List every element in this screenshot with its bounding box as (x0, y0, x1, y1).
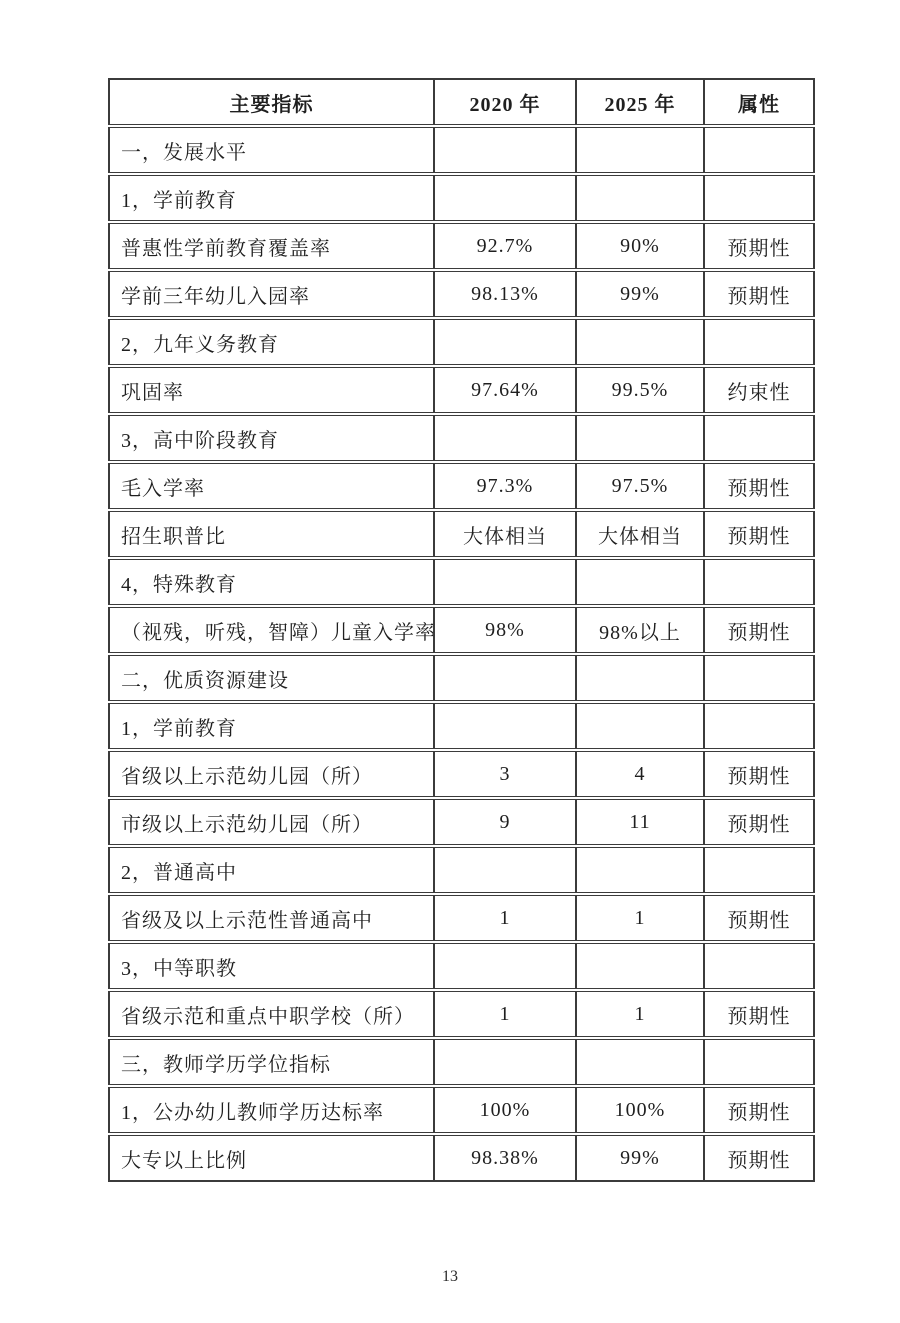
document-page: 主要指标 2020 年 2025 年 属性 一，发展水平1，学前教育普惠性学前教… (0, 0, 900, 1323)
header-row: 主要指标 2020 年 2025 年 属性 (109, 79, 814, 126)
attribute-cell (704, 942, 814, 990)
value-2025-cell (576, 126, 704, 174)
value-2025-cell (576, 558, 704, 606)
value-2025-cell: 99% (576, 270, 704, 318)
value-2025-cell: 99% (576, 1134, 704, 1181)
value-2020-cell (434, 942, 576, 990)
indicator-cell: 毛入学率 (109, 462, 434, 510)
indicator-cell: 1，学前教育 (109, 174, 434, 222)
table-row: 1，学前教育 (109, 702, 814, 750)
value-2025-cell (576, 174, 704, 222)
indicator-cell: 学前三年幼儿入园率 (109, 270, 434, 318)
attribute-cell: 预期性 (704, 1086, 814, 1134)
table-row: 大专以上比例98.38%99%预期性 (109, 1134, 814, 1181)
value-2025-cell (576, 654, 704, 702)
indicator-cell: 省级以上示范幼儿园（所） (109, 750, 434, 798)
indicator-cell: 招生职普比 (109, 510, 434, 558)
attribute-cell (704, 558, 814, 606)
header-2025: 2025 年 (576, 79, 704, 126)
value-2020-cell: 97.64% (434, 366, 576, 414)
attribute-cell (704, 702, 814, 750)
attribute-cell (704, 846, 814, 894)
value-2025-cell (576, 414, 704, 462)
value-2025-cell (576, 1038, 704, 1086)
table-row: 2，普通高中 (109, 846, 814, 894)
value-2025-cell: 90% (576, 222, 704, 270)
indicator-cell: 三，教师学历学位指标 (109, 1038, 434, 1086)
value-2020-cell: 98.13% (434, 270, 576, 318)
header-indicator: 主要指标 (109, 79, 434, 126)
table-header: 主要指标 2020 年 2025 年 属性 (109, 79, 814, 126)
value-2020-cell (434, 702, 576, 750)
indicator-cell: 巩固率 (109, 366, 434, 414)
attribute-cell: 预期性 (704, 510, 814, 558)
table-row: 2，九年义务教育 (109, 318, 814, 366)
table-row: 毛入学率97.3%97.5%预期性 (109, 462, 814, 510)
attribute-cell: 预期性 (704, 270, 814, 318)
attribute-cell (704, 126, 814, 174)
indicator-cell: 二，优质资源建设 (109, 654, 434, 702)
attribute-cell (704, 318, 814, 366)
attribute-cell: 预期性 (704, 462, 814, 510)
value-2025-cell (576, 318, 704, 366)
value-2020-cell: 1 (434, 894, 576, 942)
indicator-cell: 4，特殊教育 (109, 558, 434, 606)
value-2025-cell: 1 (576, 990, 704, 1038)
table-row: 普惠性学前教育覆盖率92.7%90%预期性 (109, 222, 814, 270)
value-2020-cell (434, 318, 576, 366)
table-row: 一，发展水平 (109, 126, 814, 174)
indicator-cell: 3，高中阶段教育 (109, 414, 434, 462)
attribute-cell: 预期性 (704, 894, 814, 942)
value-2020-cell: 97.3% (434, 462, 576, 510)
value-2025-cell: 1 (576, 894, 704, 942)
value-2020-cell: 92.7% (434, 222, 576, 270)
value-2020-cell (434, 846, 576, 894)
table-row: 学前三年幼儿入园率98.13%99%预期性 (109, 270, 814, 318)
table-row: 1，学前教育 (109, 174, 814, 222)
value-2020-cell (434, 1038, 576, 1086)
indicator-cell: 省级示范和重点中职学校（所） (109, 990, 434, 1038)
value-2020-cell: 1 (434, 990, 576, 1038)
indicator-cell: （视残，听残，智障）儿童入学率 (109, 606, 434, 654)
value-2020-cell (434, 558, 576, 606)
value-2025-cell: 11 (576, 798, 704, 846)
value-2020-cell: 100% (434, 1086, 576, 1134)
header-attribute: 属性 (704, 79, 814, 126)
indicator-cell: 2，九年义务教育 (109, 318, 434, 366)
attribute-cell: 预期性 (704, 222, 814, 270)
attribute-cell: 预期性 (704, 798, 814, 846)
attribute-cell: 预期性 (704, 990, 814, 1038)
indicator-cell: 大专以上比例 (109, 1134, 434, 1181)
table-row: 4，特殊教育 (109, 558, 814, 606)
table-row: 省级示范和重点中职学校（所）11预期性 (109, 990, 814, 1038)
value-2025-cell: 98%以上 (576, 606, 704, 654)
value-2020-cell (434, 654, 576, 702)
table-row: （视残，听残，智障）儿童入学率98%98%以上预期性 (109, 606, 814, 654)
table-row: 巩固率97.64%99.5%约束性 (109, 366, 814, 414)
table-row: 省级以上示范幼儿园（所）34预期性 (109, 750, 814, 798)
table-row: 市级以上示范幼儿园（所）911预期性 (109, 798, 814, 846)
attribute-cell (704, 1038, 814, 1086)
indicator-cell: 1，学前教育 (109, 702, 434, 750)
indicator-cell: 1，公办幼儿教师学历达标率 (109, 1086, 434, 1134)
indicator-cell: 一，发展水平 (109, 126, 434, 174)
table-row: 1，公办幼儿教师学历达标率100%100%预期性 (109, 1086, 814, 1134)
indicator-cell: 2，普通高中 (109, 846, 434, 894)
value-2020-cell (434, 174, 576, 222)
value-2025-cell (576, 846, 704, 894)
value-2025-cell (576, 702, 704, 750)
value-2025-cell (576, 942, 704, 990)
attribute-cell (704, 654, 814, 702)
table-row: 招生职普比大体相当大体相当预期性 (109, 510, 814, 558)
attribute-cell: 预期性 (704, 750, 814, 798)
page-number: 13 (0, 1268, 900, 1286)
attribute-cell: 约束性 (704, 366, 814, 414)
value-2020-cell (434, 126, 576, 174)
value-2025-cell: 100% (576, 1086, 704, 1134)
value-2020-cell: 98% (434, 606, 576, 654)
value-2020-cell (434, 414, 576, 462)
table-row: 三，教师学历学位指标 (109, 1038, 814, 1086)
value-2020-cell: 3 (434, 750, 576, 798)
value-2025-cell: 大体相当 (576, 510, 704, 558)
table-row: 3，中等职教 (109, 942, 814, 990)
value-2020-cell: 98.38% (434, 1134, 576, 1181)
indicator-cell: 3，中等职教 (109, 942, 434, 990)
header-2020: 2020 年 (434, 79, 576, 126)
value-2020-cell: 9 (434, 798, 576, 846)
table-row: 3，高中阶段教育 (109, 414, 814, 462)
attribute-cell (704, 174, 814, 222)
table-body: 一，发展水平1，学前教育普惠性学前教育覆盖率92.7%90%预期性学前三年幼儿入… (109, 126, 814, 1181)
value-2020-cell: 大体相当 (434, 510, 576, 558)
attribute-cell: 预期性 (704, 1134, 814, 1181)
value-2025-cell: 99.5% (576, 366, 704, 414)
attribute-cell (704, 414, 814, 462)
value-2025-cell: 97.5% (576, 462, 704, 510)
indicator-cell: 市级以上示范幼儿园（所） (109, 798, 434, 846)
indicator-cell: 省级及以上示范性普通高中 (109, 894, 434, 942)
attribute-cell: 预期性 (704, 606, 814, 654)
table-row: 省级及以上示范性普通高中11预期性 (109, 894, 814, 942)
table-row: 二，优质资源建设 (109, 654, 814, 702)
value-2025-cell: 4 (576, 750, 704, 798)
indicators-table: 主要指标 2020 年 2025 年 属性 一，发展水平1，学前教育普惠性学前教… (108, 78, 815, 1182)
indicator-cell: 普惠性学前教育覆盖率 (109, 222, 434, 270)
